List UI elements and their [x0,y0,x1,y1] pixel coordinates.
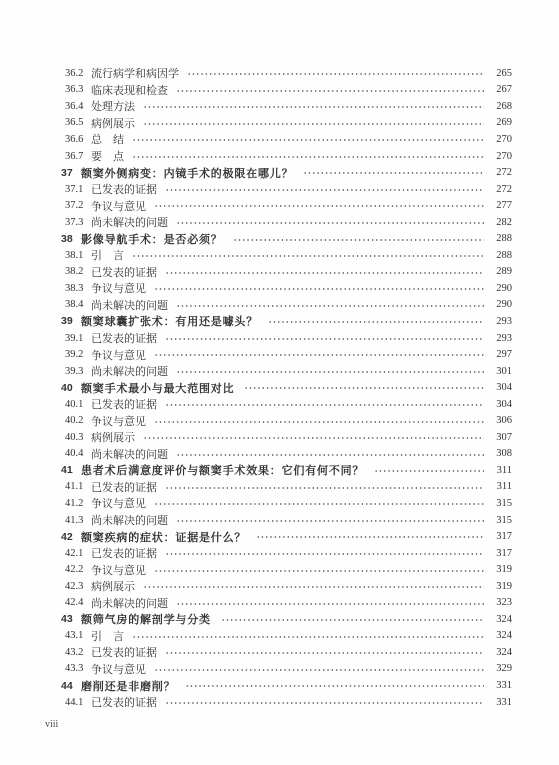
toc-entry: 40额窦手术最小与最大范围对比304 [61,379,512,396]
toc-entry-title: 争议与意见 [91,347,146,363]
toc-entry: 37额窦外侧病变：内镜手术的极限在哪儿？272 [61,164,512,181]
dot-leader [154,280,484,297]
toc-entry: 38.3争议与意见290 [61,280,512,297]
toc-entry: 40.1已发表的证据304 [61,396,512,413]
toc-entry-number: 44 [61,680,81,692]
dot-leader [165,644,484,661]
toc-entry-number: 37.3 [65,217,91,228]
toc-entry-number: 38 [61,233,81,245]
dot-leader [374,462,484,479]
dot-leader [303,164,484,181]
toc-entry-page: 317 [489,548,512,559]
toc-entry: 37.2争议与意见277 [61,197,512,214]
dot-leader [256,528,484,545]
toc-entry-title: 流行病学和病因学 [91,65,179,81]
toc-entry-page: 267 [489,84,512,95]
toc-entry-number: 38.1 [65,250,91,261]
toc-entry-number: 43.1 [65,630,91,641]
toc-entry: 44.1已发表的证据331 [61,694,512,711]
toc-entry-title: 额窦疾病的症状：证据是什么？ [81,529,246,545]
toc-entry: 36.4处理方法268 [61,98,512,115]
toc-entry-page: 277 [489,200,512,211]
dot-leader [268,313,484,330]
toc-entry-page: 301 [489,366,512,377]
toc-entry-title: 已发表的证据 [91,694,157,710]
toc-entry-page: 311 [489,465,512,476]
toc-entry-title: 额窦球囊扩张术：有用还是噱头？ [81,313,258,329]
dot-leader [154,346,484,363]
dot-leader [176,82,484,99]
toc-entry-page: 323 [489,597,512,608]
toc-entry-page: 324 [489,614,512,625]
toc-entry-number: 39.1 [65,333,91,344]
toc-entry-number: 36.4 [65,101,91,112]
toc-entry-title: 已发表的证据 [91,644,157,660]
toc-entry: 44磨削还是非磨削？331 [61,677,512,694]
toc-entry-number: 40 [61,382,81,394]
dot-leader [154,561,484,578]
toc-entry-title: 争议与意见 [91,280,146,296]
toc-entry-title: 尚未解决的问题 [91,297,168,313]
dot-leader [132,148,484,165]
toc-entry: 41患者术后满意度评价与额窦手术效果：它们有何不同？311 [61,462,512,479]
toc-page: 36.2流行病学和病因学26536.3临床表现和检查26736.4处理方法268… [0,0,559,765]
toc-entry-number: 43.3 [65,663,91,674]
toc-entry-title: 尚未解决的问题 [91,214,168,230]
toc-entry-number: 41.3 [65,515,91,526]
dot-leader [154,495,484,512]
toc-entry: 43额筛气房的解剖学与分类324 [61,611,512,628]
dot-leader [132,131,484,148]
toc-entry-number: 38.2 [65,266,91,277]
dot-leader [143,98,484,115]
toc-entry-page: 272 [489,184,512,195]
dot-leader [154,197,484,214]
toc-entry-title: 已发表的证据 [91,545,157,561]
toc-entry: 38.2已发表的证据289 [61,264,512,281]
toc-entry: 41.2争议与意见315 [61,495,512,512]
toc-entry-page: 290 [489,283,512,294]
toc-entry-page: 329 [489,663,512,674]
toc-entry-title: 已发表的证据 [91,330,157,346]
toc-entry: 38.1引 言288 [61,247,512,264]
toc-entry-page: 319 [489,564,512,575]
toc-entry-page: 331 [489,697,512,708]
toc-entry-page: 304 [489,399,512,410]
toc-entry-page: 331 [489,680,512,691]
toc-entry-page: 317 [489,531,512,542]
dot-leader [176,297,484,314]
toc-list: 36.2流行病学和病因学26536.3临床表现和检查26736.4处理方法268… [61,65,512,710]
toc-entry-page: 288 [489,233,512,244]
toc-entry-title: 争议与意见 [91,661,146,677]
toc-entry-number: 40.1 [65,399,91,410]
toc-entry-page: 268 [489,101,512,112]
toc-entry-number: 37 [61,167,81,179]
toc-entry-title: 尚未解决的问题 [91,446,168,462]
toc-entry-title: 临床表现和检查 [91,82,168,98]
dot-leader [176,446,484,463]
toc-entry-title: 引 言 [91,247,124,263]
toc-entry-number: 43 [61,613,81,625]
toc-entry: 37.1已发表的证据272 [61,181,512,198]
toc-entry: 42.4尚未解决的问题323 [61,595,512,612]
dot-leader [154,412,484,429]
dot-leader [143,115,484,132]
toc-entry-title: 尚未解决的问题 [91,363,168,379]
toc-entry-number: 36.6 [65,134,91,145]
toc-entry-title: 额窦手术最小与最大范围对比 [81,380,234,396]
toc-entry-page: 290 [489,299,512,310]
toc-entry-page: 289 [489,266,512,277]
toc-entry-title: 争议与意见 [91,413,146,429]
toc-entry-page: 269 [489,117,512,128]
toc-entry-number: 36.5 [65,117,91,128]
dot-leader [244,379,484,396]
toc-entry-page: 315 [489,515,512,526]
toc-entry-number: 42.3 [65,581,91,592]
dot-leader [185,677,484,694]
toc-entry-title: 争议与意见 [91,495,146,511]
toc-entry-title: 额筛气房的解剖学与分类 [81,611,211,627]
toc-entry-page: 306 [489,415,512,426]
dot-leader [165,545,484,562]
toc-entry-page: 307 [489,432,512,443]
toc-entry: 40.2争议与意见306 [61,412,512,429]
dot-leader [165,694,484,711]
toc-entry-title: 患者术后满意度评价与额窦手术效果：它们有何不同？ [81,462,364,478]
toc-entry-number: 42.1 [65,548,91,559]
toc-entry: 36.3临床表现和检查267 [61,82,512,99]
toc-entry-page: 308 [489,448,512,459]
dot-leader [165,479,484,496]
toc-entry-page: 282 [489,217,512,228]
dot-leader [165,264,484,281]
toc-entry: 41.1已发表的证据311 [61,479,512,496]
toc-entry-page: 288 [489,250,512,261]
toc-entry: 36.7要 点270 [61,148,512,165]
toc-entry-title: 已发表的证据 [91,479,157,495]
toc-entry: 40.4尚未解决的问题308 [61,446,512,463]
toc-entry: 39额窦球囊扩张术：有用还是噱头？293 [61,313,512,330]
toc-entry-page: 304 [489,382,512,393]
toc-entry-title: 已发表的证据 [91,264,157,280]
toc-entry-number: 41.1 [65,481,91,492]
toc-entry-page: 270 [489,134,512,145]
toc-entry-number: 37.1 [65,184,91,195]
toc-entry-title: 尚未解决的问题 [91,512,168,528]
toc-entry-number: 44.1 [65,697,91,708]
toc-entry-number: 39.3 [65,366,91,377]
dot-leader [221,611,484,628]
toc-entry: 43.2已发表的证据324 [61,644,512,661]
toc-entry: 42.1已发表的证据317 [61,545,512,562]
toc-entry-title: 磨削还是非磨削？ [81,678,175,694]
toc-entry-number: 36.3 [65,84,91,95]
toc-entry-page: 324 [489,630,512,641]
toc-entry-number: 39.2 [65,349,91,360]
toc-entry: 42额窦疾病的症状：证据是什么？317 [61,528,512,545]
toc-entry-number: 38.4 [65,299,91,310]
toc-entry-number: 39 [61,315,81,327]
toc-entry-title: 病例展示 [91,115,135,131]
toc-entry-page: 311 [489,481,512,492]
toc-entry-title: 争议与意见 [91,562,146,578]
toc-entry-page: 324 [489,647,512,658]
dot-leader [154,661,484,678]
dot-leader [233,230,484,247]
toc-entry: 38影像导航手术：是否必须？288 [61,230,512,247]
dot-leader [165,330,484,347]
toc-entry-title: 病例展示 [91,578,135,594]
toc-entry-page: 265 [489,68,512,79]
toc-entry-number: 42 [61,531,81,543]
dot-leader [176,595,484,612]
toc-entry: 39.1已发表的证据293 [61,330,512,347]
toc-entry-title: 影像导航手术：是否必须？ [81,231,223,247]
dot-leader [143,429,484,446]
toc-entry-number: 36.7 [65,151,91,162]
toc-entry-number: 36.2 [65,68,91,79]
toc-entry-number: 43.2 [65,647,91,658]
toc-entry: 39.2争议与意见297 [61,346,512,363]
toc-entry-title: 已发表的证据 [91,396,157,412]
dot-leader [187,65,484,82]
toc-entry: 39.3尚未解决的问题301 [61,363,512,380]
toc-entry-title: 尚未解决的问题 [91,595,168,611]
toc-entry-page: 272 [489,167,512,178]
toc-entry-title: 病例展示 [91,429,135,445]
dot-leader [176,512,484,529]
toc-entry: 42.2争议与意见319 [61,561,512,578]
toc-entry: 36.5病例展示269 [61,115,512,132]
page-number-footer: viii [45,719,58,730]
toc-entry: 36.6总 结270 [61,131,512,148]
toc-entry-page: 293 [489,316,512,327]
toc-entry-page: 293 [489,333,512,344]
dot-leader [132,247,484,264]
toc-entry-number: 40.3 [65,432,91,443]
toc-entry: 41.3尚未解决的问题315 [61,512,512,529]
toc-entry: 37.3尚未解决的问题282 [61,214,512,231]
toc-entry: 43.1引 言324 [61,628,512,645]
toc-entry-title: 总 结 [91,131,124,147]
toc-entry-number: 41 [61,464,81,476]
toc-entry: 42.3病例展示319 [61,578,512,595]
toc-entry: 38.4尚未解决的问题290 [61,297,512,314]
dot-leader [176,214,484,231]
toc-entry-title: 处理方法 [91,98,135,114]
dot-leader [176,363,484,380]
toc-entry-number: 41.2 [65,498,91,509]
toc-entry: 40.3病例展示307 [61,429,512,446]
dot-leader [165,181,484,198]
toc-entry: 36.2流行病学和病因学265 [61,65,512,82]
toc-entry-number: 40.4 [65,448,91,459]
toc-entry-page: 319 [489,581,512,592]
toc-entry-title: 已发表的证据 [91,181,157,197]
toc-entry-page: 315 [489,498,512,509]
dot-leader [165,396,484,413]
toc-entry-title: 争议与意见 [91,198,146,214]
toc-entry-number: 38.3 [65,283,91,294]
toc-entry-number: 42.2 [65,564,91,575]
toc-entry-title: 要 点 [91,148,124,164]
toc-entry: 43.3争议与意见329 [61,661,512,678]
toc-entry-page: 270 [489,151,512,162]
toc-entry-title: 引 言 [91,628,124,644]
dot-leader [132,628,484,645]
toc-entry-title: 额窦外侧病变：内镜手术的极限在哪儿？ [81,165,293,181]
toc-entry-number: 42.4 [65,597,91,608]
dot-leader [143,578,484,595]
toc-entry-page: 297 [489,349,512,360]
toc-entry-number: 37.2 [65,200,91,211]
toc-entry-number: 40.2 [65,415,91,426]
